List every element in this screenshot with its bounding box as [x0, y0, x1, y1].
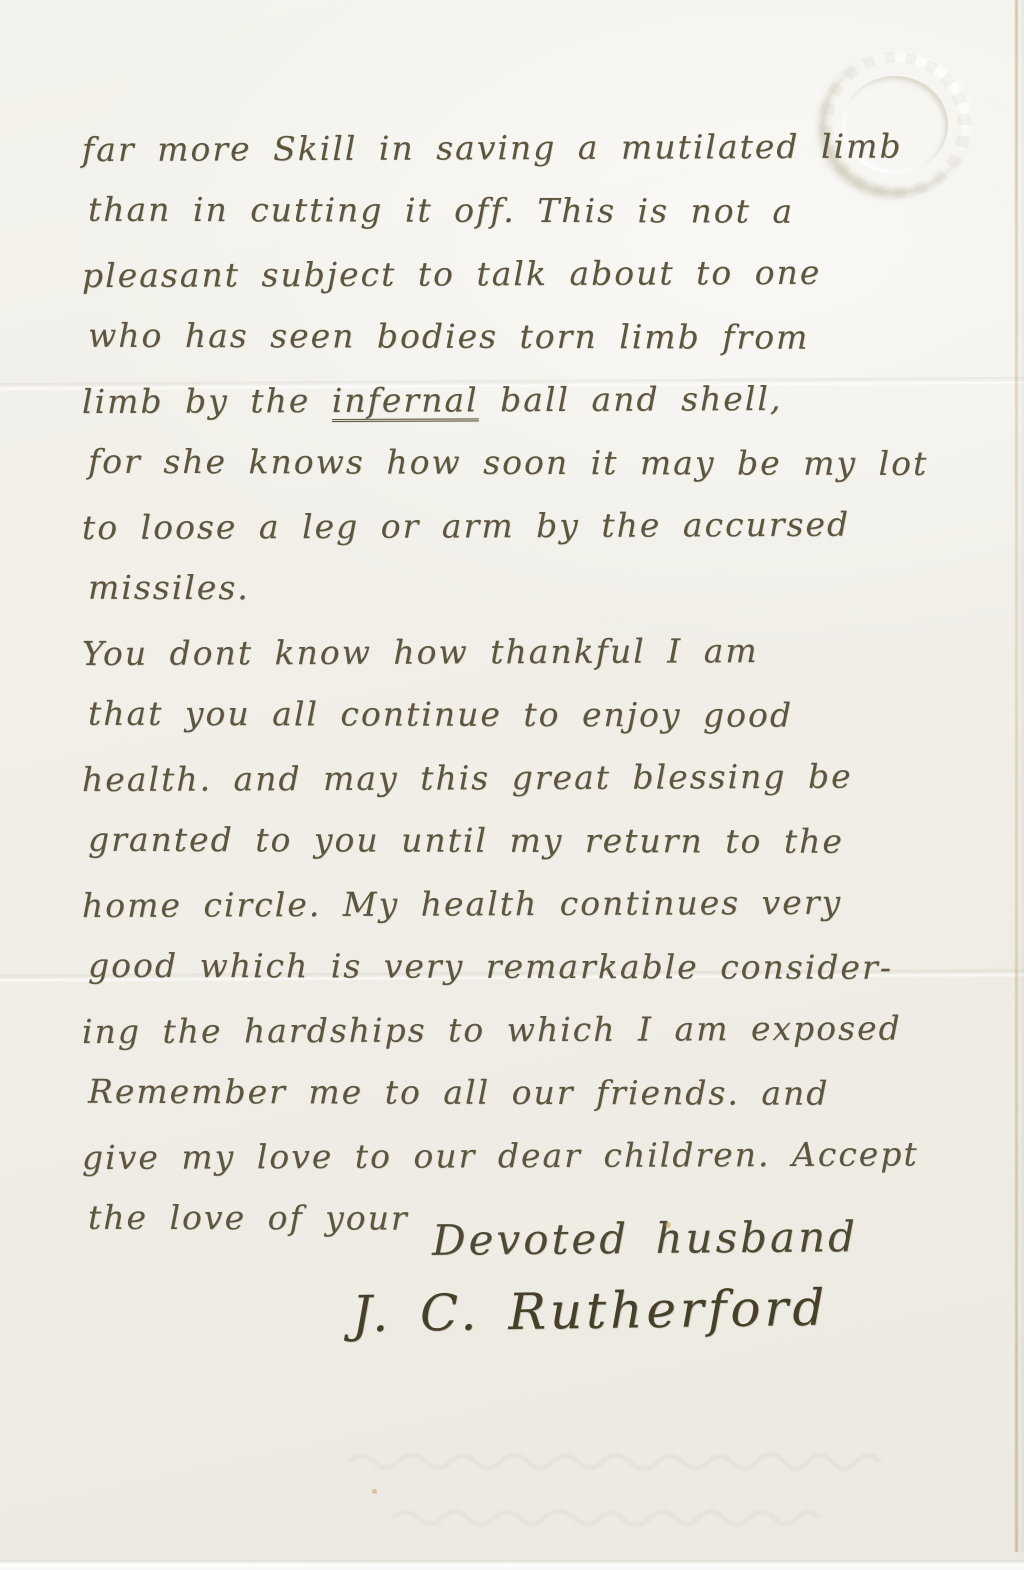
- show-through-writing: [120, 1440, 880, 1480]
- letter-line: health. and may this great blessing be: [82, 744, 1024, 811]
- page-edge: [0, 1560, 1024, 1570]
- letter-line: to loose a leg or arm by the accursed: [82, 492, 1024, 559]
- letter-line: limb by the infernal ball and shell,: [82, 366, 1024, 433]
- letter-line: pleasant subject to talk about to one: [82, 240, 1024, 307]
- show-through-writing: [200, 1498, 820, 1534]
- letter-line: granted to you until my return to the: [88, 808, 1024, 873]
- letter-line: that you all continue to enjoy good: [88, 682, 1024, 747]
- letter-closing: Devoted husband: [432, 1212, 858, 1265]
- underlined-word: infernal: [332, 380, 479, 420]
- line-segment: limb by the: [82, 381, 332, 421]
- letter-line: Remember me to all our friends. and: [88, 1060, 1024, 1125]
- letter-line: good which is very remarkable consider-: [88, 934, 1024, 999]
- letter-line: missiles.: [88, 556, 1024, 621]
- letter-page: far more Skill in saving a mutilated lim…: [0, 0, 1024, 1570]
- letter-line: than in cutting it off. This is not a: [88, 178, 1024, 243]
- letter-line: who has seen bodies torn limb from: [88, 304, 1024, 369]
- letter-line: home circle. My health continues very: [82, 870, 1024, 937]
- signature: J. C. Rutherford: [352, 1279, 829, 1344]
- foxing-spot: [372, 1489, 377, 1494]
- letter-line: far more Skill in saving a mutilated lim…: [82, 114, 1024, 181]
- page-edge-shadow: [1018, 0, 1024, 1552]
- foxing-spot: [665, 1222, 671, 1228]
- letter-line: You dont know how thankful I am: [82, 618, 1024, 685]
- letter-line: give my love to our dear children. Accep…: [82, 1122, 1024, 1189]
- letter-line: for she knows how soon it may be my lot: [88, 430, 1024, 495]
- letter-body: far more Skill in saving a mutilated lim…: [0, 116, 1024, 1250]
- letter-line: ing the hardships to which I am exposed: [82, 996, 1024, 1063]
- line-segment: ball and shell,: [479, 379, 783, 419]
